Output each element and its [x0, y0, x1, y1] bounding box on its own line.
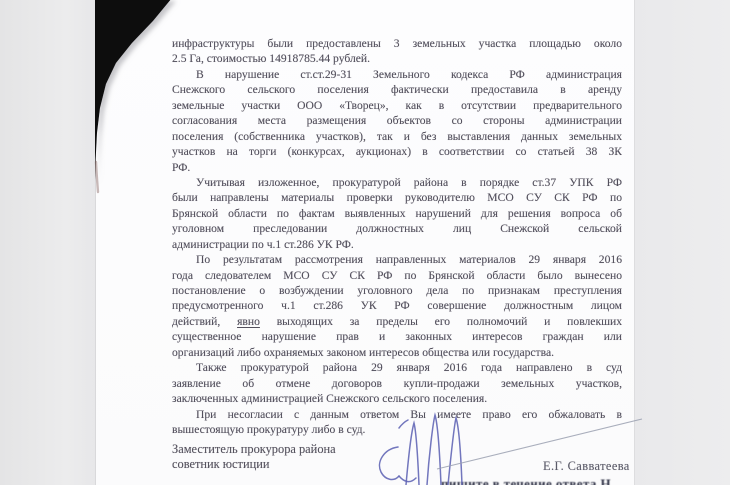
document-line: РФ.	[172, 160, 622, 175]
document-line: заявление об отмене договоров купли-прод…	[172, 376, 622, 391]
document-line: участков на торги (конкурсах, аукционах)…	[172, 144, 622, 159]
document-line: инфраструктуры были предоставлены 3 земе…	[172, 36, 622, 51]
document-line: земельные участки ООО «Творец», как в от…	[172, 98, 622, 113]
scanned-document: инфраструктуры были предоставлены 3 земе…	[0, 0, 730, 485]
document-line: вышестоящую прокуратуру либо в суд.	[172, 422, 622, 437]
document-line: 2.5 Га, стоимостью 14918785.44 рублей.	[172, 51, 622, 66]
scan-left-margin	[0, 0, 95, 485]
line-segment: действий,	[172, 315, 220, 328]
document-line: заключенных администрацией Снежского сел…	[172, 391, 622, 406]
document-line: постановление о возбуждении уголовного д…	[172, 283, 622, 298]
document-line: Снежского сельского поселения фактически…	[172, 82, 622, 97]
cutoff-text-fragment: пишите в течение ответа Н	[441, 476, 641, 485]
document-line: согласования места размещения объектов с…	[172, 113, 622, 128]
document-line: администрации по ч.1 ст.286 УК РФ.	[172, 237, 622, 252]
line-segment: выходящих за пределы его полномочий и по…	[277, 315, 622, 328]
document-line: Также прокуратурой района 29 января 2016…	[172, 360, 622, 375]
document-line: По результатам рассмотрения направленных…	[172, 252, 622, 267]
document-line: были направлены материалы проверки руков…	[172, 190, 622, 205]
document-line: предусмотренного ч.1 ст.286 УК РФ соверш…	[172, 298, 622, 313]
document-line: организаций либо охраняемых законом инте…	[172, 345, 622, 360]
signoff-title-line-1: Заместитель прокурора района	[172, 442, 336, 457]
document-line: существенное нарушение прав и законных и…	[172, 329, 622, 344]
document-line: года следователем МСО СУ СК РФ по Брянск…	[172, 268, 622, 283]
document-line: Учитывая изложенное, прокуратурой района…	[172, 175, 622, 190]
document-line: При несогласии с данным ответом Вы имеет…	[172, 407, 622, 422]
document-text: инфраструктуры были предоставлены 3 земе…	[172, 36, 622, 437]
underlined-word: явно	[237, 315, 260, 328]
scan-right-margin	[635, 0, 730, 485]
document-line: уголовном преследовании должностных лиц …	[172, 221, 622, 236]
signoff-title-line-2: советник юстиции	[172, 457, 269, 472]
signer-name: Е.Г. Савватеева	[543, 459, 630, 474]
document-line-with-underline: действий, явно выходящих за пределы его …	[172, 314, 622, 329]
document-line: поселения (собственника участков), так и…	[172, 129, 622, 144]
document-line: В нарушение ст.ст.29-31 Земельного кодек…	[172, 67, 622, 82]
document-line: Брянской области по фактам выявленных на…	[172, 206, 622, 221]
